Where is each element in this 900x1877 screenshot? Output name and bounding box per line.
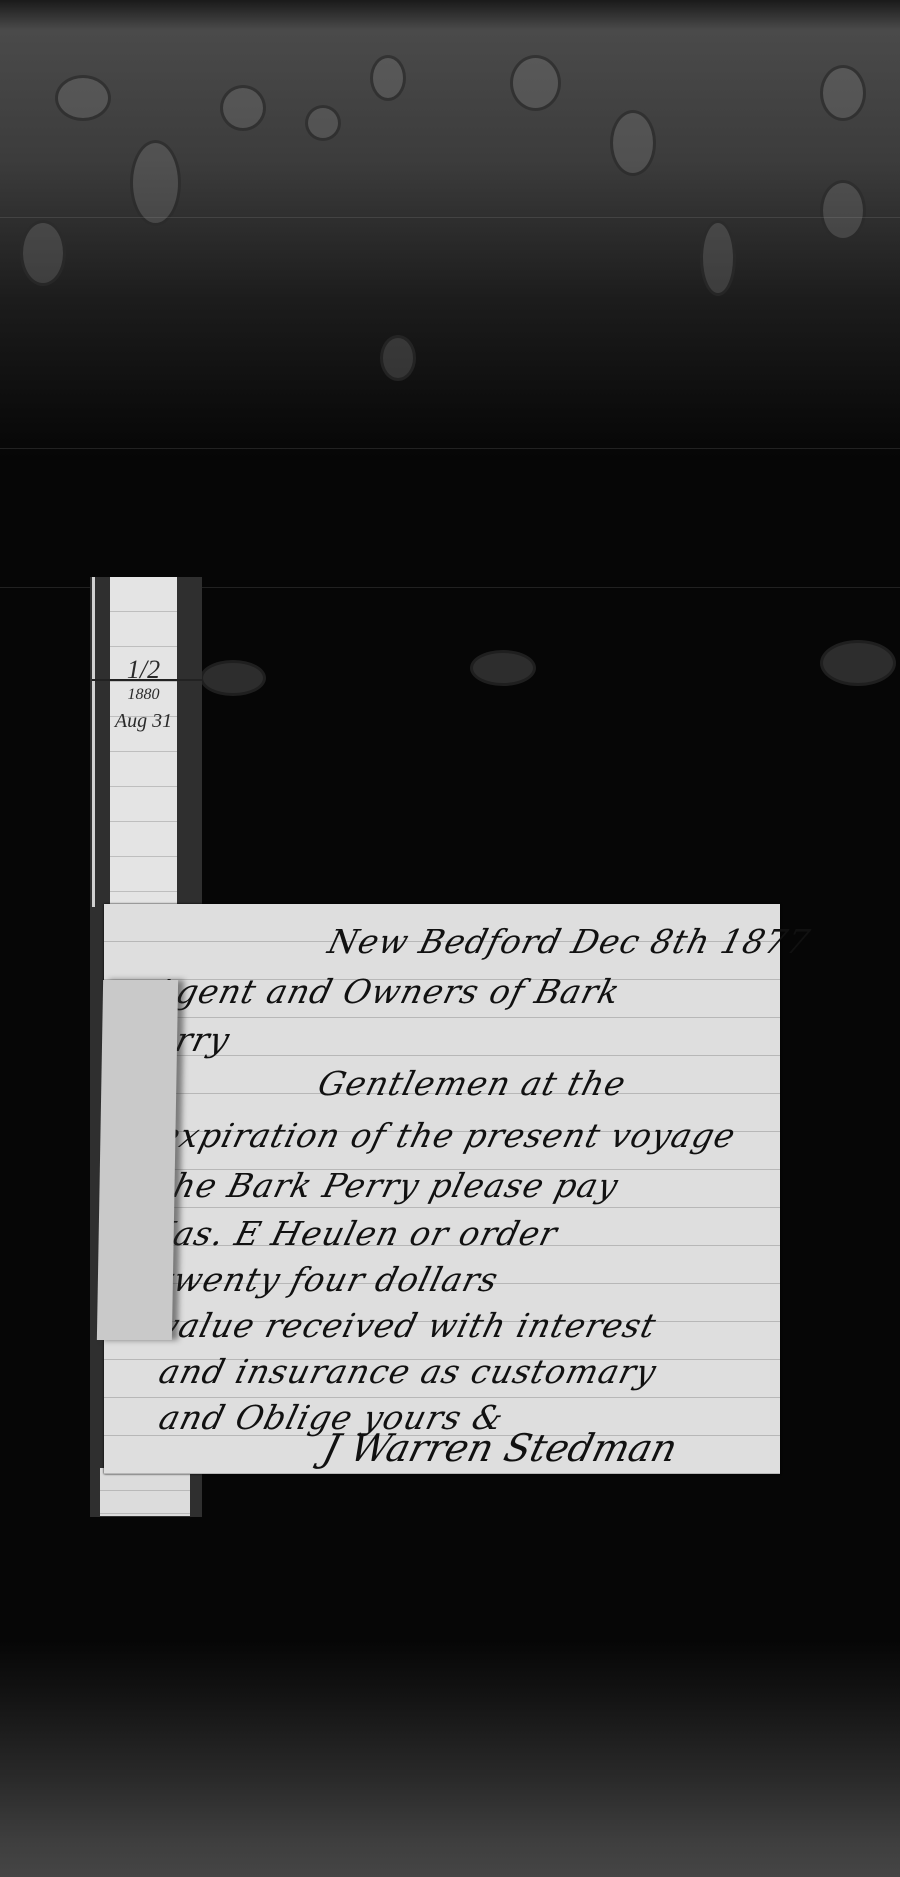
note-sheet: New Bedford Dec 8th 1877 7 Agent and Own… [104,904,780,1474]
note-line-3: Gentlemen at the [314,1064,630,1103]
note-line-6: Jas. E Heulen or order [155,1214,562,1253]
strip-edge [92,577,95,907]
note-line-9: and insurance as customary [155,1352,661,1391]
folded-paper-flap [97,980,178,1340]
background-water-stain-top [0,0,900,460]
note-line-8: value received with interest [155,1306,660,1345]
note-line-7: twenty four dollars [155,1260,503,1299]
background-water-stain-bottom [0,1640,900,1877]
note-line-1: Agent and Owners of Bark [147,972,624,1011]
note-heading: New Bedford Dec 8th 1877 [324,922,814,961]
strip-year: 1880 [110,686,177,704]
strip-bottom-tab [100,1468,190,1516]
strip-mark: 1/2 [110,655,177,685]
annotation-strip [110,577,177,907]
note-line-5: the Bark Perry please pay [155,1166,623,1205]
strip-month: Aug 31 [110,710,177,733]
signature: J Warren Stedman [319,1426,682,1470]
note-line-4: expiration of the present voyage [155,1116,740,1155]
